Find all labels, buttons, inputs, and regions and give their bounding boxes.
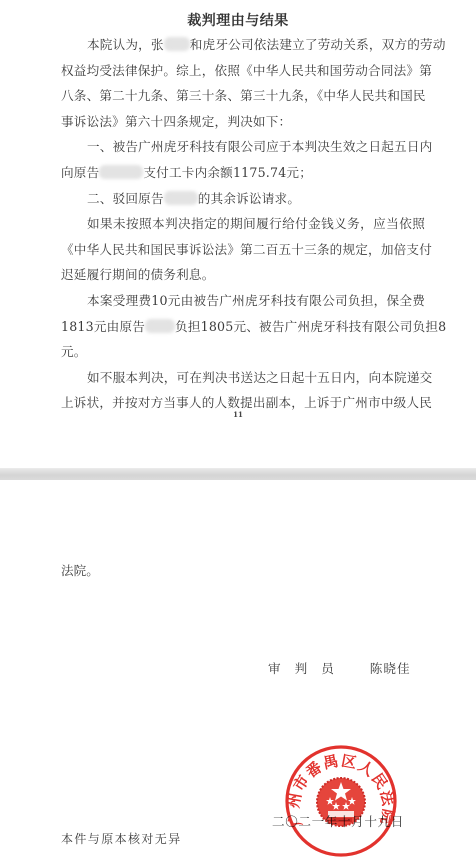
judge-title: 审判员 <box>268 661 348 676</box>
text-segment: 向原告 <box>61 165 99 180</box>
text-segment: 本院认为，张 <box>87 37 164 52</box>
paragraph-1-line-3: 八条、第二十九条、第三十条、第三十九条，《中华人民共和国民 <box>61 83 425 109</box>
paragraph-6-line-1: 如不服本判决，可在判决书送达之日起十五日内，向本院递交 <box>61 365 425 391</box>
paragraph-5-line-1: 本案受理费10元由被告广州虎牙科技有限公司负担，保全费 <box>61 288 425 314</box>
text-segment: 支付工卡内余额1175.74元； <box>143 165 312 180</box>
ruling-item-1-line-2: 向原告支付工卡内余额1175.74元； <box>61 160 425 186</box>
judge-name: 陈晓佳 <box>370 661 411 676</box>
redacted-name <box>164 37 190 51</box>
judgment-body: 本院认为，张和虎牙公司依法建立了劳动关系，双方的劳动 权益均受法律保护。综上，依… <box>61 32 425 416</box>
paragraph-4-line-2: 《中华人民共和国民事诉讼法》第二百五十三条的规定，加倍支付 <box>61 237 425 263</box>
page-number: 11 <box>0 410 476 419</box>
paragraph-1-line-2: 权益均受法律保护。综上，依照《中华人民共和国劳动合同法》第 <box>61 58 425 84</box>
paragraph-4-line-3: 迟延履行期间的债务利息。 <box>61 262 425 288</box>
paragraph-5-line-3: 元。 <box>61 339 425 365</box>
paragraph-4-line-1: 如果未按照本判决指定的期间履行给付金钱义务，应当依照 <box>61 211 425 237</box>
ruling-item-1-line-1: 一、被告广州虎牙科技有限公司应于本判决生效之日起五日内 <box>61 134 425 160</box>
text-segment: 和虎牙公司依法建立了劳动关系，双方的劳动 <box>190 37 446 52</box>
redacted-name <box>99 165 143 179</box>
paragraph-5-line-2: 1813元由原告负担1805元、被告广州虎牙科技有限公司负担8 <box>61 314 425 340</box>
court-seal-icon: 广州市番禺区人民法院 <box>284 744 398 858</box>
section-title: 裁判理由与结果 <box>0 10 476 30</box>
copy-verification-note: 本件与原本核对无异 <box>61 830 182 847</box>
redacted-name <box>145 319 175 333</box>
judge-signature: 审判员 陈晓佳 <box>268 658 411 677</box>
text-segment: 负担1805元、被告广州虎牙科技有限公司负担8 <box>175 319 446 334</box>
redacted-name <box>164 191 198 205</box>
document-page-11: 裁判理由与结果 本院认为，张和虎牙公司依法建立了劳动关系，双方的劳动 权益均受法… <box>0 0 476 468</box>
paragraph-1-line-4: 事诉讼法》第六十四条规定，判决如下： <box>61 109 425 135</box>
ruling-item-2: 二、驳回原告的其余诉讼请求。 <box>61 186 425 212</box>
paragraph-1-line-1: 本院认为，张和虎牙公司依法建立了劳动关系，双方的劳动 <box>61 32 425 58</box>
text-segment: 二、驳回原告 <box>87 191 164 206</box>
text-segment: 1813元由原告 <box>61 319 145 334</box>
paragraph-6-continuation: 法院。 <box>61 560 99 579</box>
text-segment: 的其余诉讼请求。 <box>198 191 300 206</box>
